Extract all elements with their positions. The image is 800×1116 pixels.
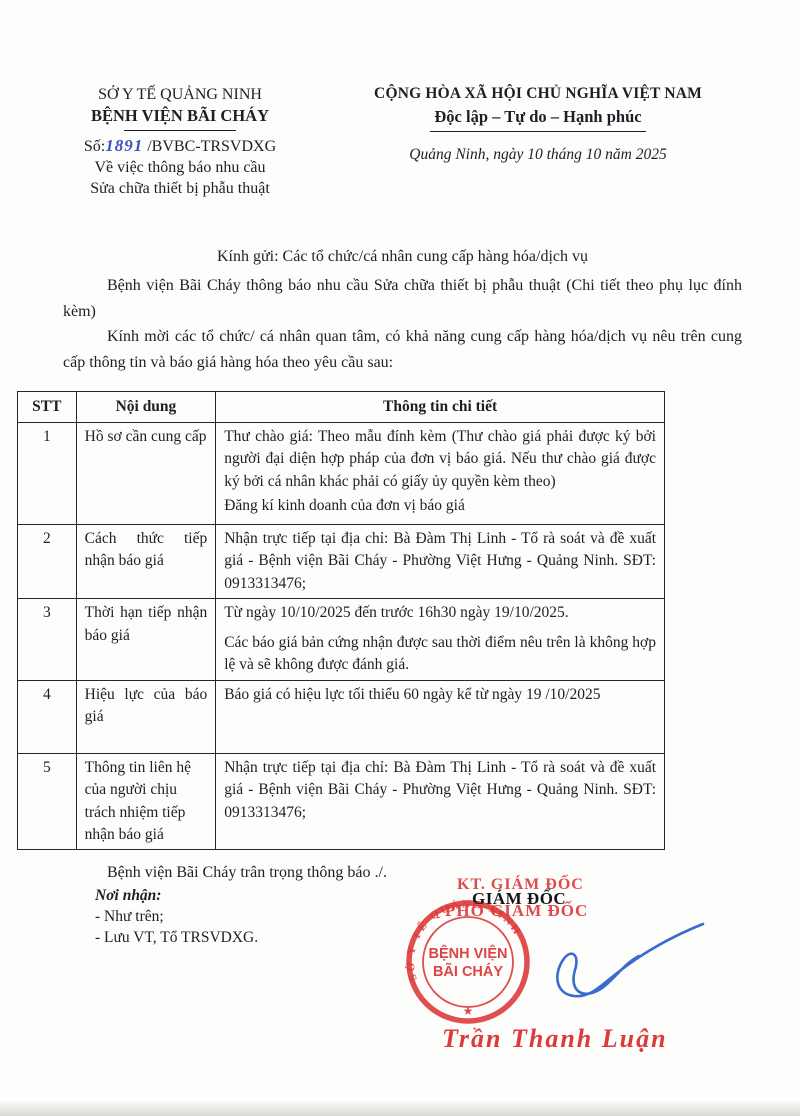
- motto-underline: [430, 131, 646, 132]
- national-motto-line1: CỘNG HÒA XÃ HỘI CHỦ NGHĨA VIỆT NAM: [328, 84, 748, 104]
- place-date-line: Quảng Ninh, ngày 10 tháng 10 năm 2025: [328, 145, 748, 165]
- col-header-topic: Nội dung: [76, 391, 216, 422]
- document-number: Số:1891 /BVBC-TRSVDXG: [62, 135, 298, 157]
- seal-star-icon: ★: [463, 1004, 474, 1018]
- printed-signer-title: GIÁM ĐỐC: [472, 889, 566, 909]
- table-header-row: STT Nội dung Thông tin chi tiết: [18, 391, 665, 422]
- document-number-suffix: /BVBC-TRSVDXG: [147, 138, 276, 155]
- row-detail: Từ ngày 10/10/2025 đến trước 16h30 ngày …: [216, 599, 665, 680]
- row-detail-paragraph: Báo giá có hiệu lực tối thiểu 60 ngày kể…: [224, 684, 656, 706]
- document-header: SỞ Y TẾ QUẢNG NINH BỆNH VIỆN BÃI CHÁY Số…: [0, 0, 800, 200]
- row-index: 3: [18, 599, 77, 680]
- row-topic: Thông tin liên hệ của người chịu trách n…: [76, 753, 216, 850]
- row-topic: Cách thức tiếp nhận báo giá: [76, 524, 216, 598]
- table-row: 1 Hồ sơ cần cung cấp Thư chào giá: Theo …: [18, 422, 665, 524]
- row-topic: Hiệu lực của báo giá: [76, 680, 216, 753]
- recipient-item: - Như trên;: [95, 907, 258, 928]
- handwritten-signature-icon: [495, 914, 715, 1014]
- col-header-stt: STT: [18, 391, 77, 422]
- salutation-line: Kính gửi: Các tổ chức/cá nhân cung cấp h…: [63, 244, 742, 270]
- issuer-hospital: BỆNH VIỆN BÃI CHÁY: [62, 105, 298, 127]
- national-motto-line2: Độc lập – Tự do – Hạnh phúc: [328, 106, 748, 127]
- body-paragraph-2: Kính mời các tổ chức/ cá nhân quan tâm, …: [63, 324, 742, 375]
- row-detail: Thư chào giá: Theo mẫu đính kèm (Thư chà…: [216, 422, 665, 524]
- recipients-block: Nơi nhận: - Như trên; - Lưu VT, Tổ TRSVD…: [95, 886, 258, 949]
- row-index: 5: [18, 753, 77, 850]
- subject-line-2: Sửa chữa thiết bị phẫu thuật: [62, 178, 298, 199]
- col-header-detail: Thông tin chi tiết: [216, 391, 665, 422]
- row-detail-paragraph: Đăng kí kinh doanh của đơn vị báo giá: [224, 495, 656, 517]
- row-topic: Thời hạn tiếp nhận báo giá: [76, 599, 216, 680]
- row-detail-paragraph: Các báo giá bản cứng nhận được sau thời …: [224, 632, 656, 677]
- document-body: Kính gửi: Các tổ chức/cá nhân cung cấp h…: [63, 244, 742, 376]
- quote-requirements-table: STT Nội dung Thông tin chi tiết 1 Hồ sơ …: [17, 391, 665, 851]
- row-detail-paragraph: Từ ngày 10/10/2025 đến trước 16h30 ngày …: [224, 602, 656, 624]
- document-page: SỞ Y TẾ QUẢNG NINH BỆNH VIỆN BÃI CHÁY Số…: [0, 0, 800, 1116]
- issuer-block: SỞ Y TẾ QUẢNG NINH BỆNH VIỆN BÃI CHÁY Số…: [62, 84, 298, 200]
- row-detail: Nhận trực tiếp tại địa chỉ: Bà Đàm Thị L…: [216, 753, 665, 850]
- seal-center-line2: BÃI CHÁY: [433, 962, 503, 980]
- recipients-label: Nơi nhận:: [95, 886, 258, 907]
- signer-name-stamp: Trần Thanh Luận: [442, 1024, 668, 1054]
- table-row: 2 Cách thức tiếp nhận báo giá Nhận trực …: [18, 524, 665, 598]
- document-number-handwritten: 1891: [105, 136, 143, 155]
- row-detail: Nhận trực tiếp tại địa chỉ: Bà Đàm Thị L…: [216, 524, 665, 598]
- row-detail-paragraph: Thư chào giá: Theo mẫu đính kèm (Thư chà…: [224, 426, 656, 493]
- subject-line-1: Về việc thông báo nhu cầu: [62, 157, 298, 178]
- issuer-department: SỞ Y TẾ QUẢNG NINH: [62, 84, 298, 105]
- row-detail-paragraph: Nhận trực tiếp tại địa chỉ: Bà Đàm Thị L…: [224, 757, 656, 824]
- body-paragraph-1: Bệnh viện Bãi Cháy thông báo nhu cầu Sửa…: [63, 273, 742, 324]
- row-detail: Báo giá có hiệu lực tối thiểu 60 ngày kể…: [216, 680, 665, 753]
- row-index: 1: [18, 422, 77, 524]
- signature-block: KT. GIÁM ĐỐC GIÁM ĐỐC PHÓ GIÁM ĐỐC SỞ Y …: [400, 874, 750, 1094]
- row-index: 4: [18, 680, 77, 753]
- recipient-item: - Lưu VT, Tổ TRSVDXG.: [95, 928, 258, 949]
- national-header-block: CỘNG HÒA XÃ HỘI CHỦ NGHĨA VIỆT NAM Độc l…: [298, 84, 748, 200]
- table-row: 3 Thời hạn tiếp nhận báo giá Từ ngày 10/…: [18, 599, 665, 680]
- row-detail-paragraph: Nhận trực tiếp tại địa chỉ: Bà Đàm Thị L…: [224, 528, 656, 595]
- row-index: 2: [18, 524, 77, 598]
- row-topic: Hồ sơ cần cung cấp: [76, 422, 216, 524]
- document-number-label: Số:: [84, 138, 105, 155]
- issuer-underline: [124, 130, 236, 131]
- table-row: 4 Hiệu lực của báo giá Báo giá có hiệu l…: [18, 680, 665, 753]
- table-row: 5 Thông tin liên hệ của người chịu trách…: [18, 753, 665, 850]
